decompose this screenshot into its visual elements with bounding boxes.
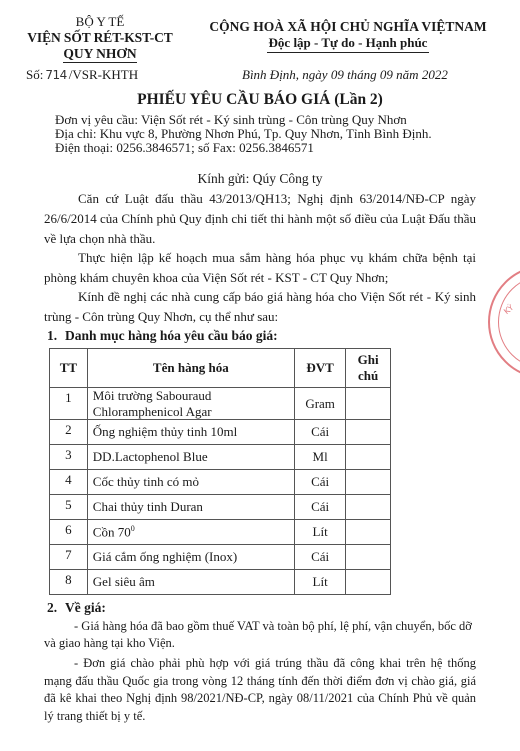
price-condition-2: - Đơn giá chào phải phù hợp với giá trún… [44, 655, 476, 725]
item-unit: Cái [294, 470, 345, 495]
paragraph-text: Kính đề nghị các nhà cung cấp báo giá hà… [44, 289, 476, 324]
item-name-text: Môi trường Sabouraud Chloramphenicol Aga… [93, 388, 212, 419]
number-prefix: Số: [26, 67, 43, 82]
issuing-agency-block: BỘ Y TẾ VIỆN SỐT RÉT-KST-CT QUY NHƠN [20, 14, 180, 63]
col-header-name: Tên hàng hóa [87, 349, 294, 388]
item-note [346, 570, 391, 595]
row-number: 3 [50, 445, 88, 470]
item-name-text: Giá cắm ống nghiệm (Inox) [93, 549, 237, 564]
item-name: Cốc thủy tinh có mỏ [87, 470, 294, 495]
item-note [346, 445, 391, 470]
row-number: 6 [50, 520, 88, 545]
item-name-text: Cồn 70 [93, 525, 131, 540]
col-header-note: Ghi chú [346, 349, 391, 388]
requester-phone-fax: Điện thoại: 0256.3846571; số Fax: 0256.3… [55, 140, 314, 156]
degree-superscript: 0 [131, 524, 135, 533]
item-unit: Lít [294, 570, 345, 595]
row-number: 2 [50, 420, 88, 445]
item-unit: Cái [294, 420, 345, 445]
institute-name: VIỆN SỐT RÉT-KST-CT [20, 30, 180, 46]
legal-basis-paragraph: Căn cứ Luật đấu thầu 43/2013/QH13; Nghị … [44, 189, 476, 249]
purpose-paragraph: Thực hiện lập kế hoạch mua sắm hàng hóa … [44, 248, 476, 288]
handwritten-number: 714 [45, 68, 66, 82]
row-number: 1 [50, 388, 88, 420]
table-row: 1Môi trường Sabouraud Chloramphenicol Ag… [50, 388, 391, 420]
item-unit: Cái [294, 495, 345, 520]
section-title: Về giá: [65, 600, 106, 615]
document-number: Số:714/VSR-KHTH [26, 67, 138, 83]
row-number: 4 [50, 470, 88, 495]
table-header-row: TT Tên hàng hóa ĐVT Ghi chú [50, 349, 391, 388]
item-name: Gel siêu âm [87, 570, 294, 595]
item-name-text: DD.Lactophenol Blue [93, 449, 208, 464]
item-name: Ống nghiệm thủy tinh 10ml [87, 420, 294, 445]
condition-text: - Giá hàng hóa đã bao gồm thuế VAT và to… [44, 619, 472, 650]
request-paragraph: Kính đề nghị các nhà cung cấp báo giá hà… [44, 287, 476, 327]
item-name: DD.Lactophenol Blue [87, 445, 294, 470]
item-note [346, 545, 391, 570]
item-note [346, 520, 391, 545]
price-condition-1: - Giá hàng hóa đã bao gồm thuế VAT và to… [44, 618, 476, 652]
section-number: 2. [47, 600, 65, 616]
section-1-heading: 1.Danh mục hàng hóa yêu cầu báo giá: [47, 328, 278, 344]
item-unit: Cái [294, 545, 345, 570]
row-number: 8 [50, 570, 88, 595]
national-header-block: CỘNG HOÀ XÃ HỘI CHỦ NGHĨA VIỆTNAM Độc lậ… [208, 19, 488, 53]
item-note [346, 388, 391, 420]
condition-text: - Đơn giá chào phải phù hợp với giá trún… [44, 656, 476, 723]
item-note [346, 495, 391, 520]
table-row: 5Chai thủy tinh DuranCái [50, 495, 391, 520]
col-header-tt: TT [50, 349, 88, 388]
item-name-text: Cốc thủy tinh có mỏ [93, 474, 199, 489]
national-motto: Độc lập - Tự do - Hạnh phúc [267, 35, 430, 53]
country-name: CỘNG HOÀ XÃ HỘI CHỦ NGHĨA VIỆTNAM [208, 19, 488, 35]
paragraph-text: Thực hiện lập kế hoạch mua sắm hàng hóa … [44, 250, 476, 285]
table-row: 6Cồn 700Lít [50, 520, 391, 545]
table-row: 4Cốc thủy tinh có mỏCái [50, 470, 391, 495]
item-name: Giá cắm ống nghiệm (Inox) [87, 545, 294, 570]
document-title: PHIẾU YÊU CẦU BÁO GIÁ (Lần 2) [0, 91, 520, 110]
place-date: Bình Định, ngày 09 tháng 09 năm 2022 [242, 67, 448, 83]
table-row: 8Gel siêu âmLít [50, 570, 391, 595]
table-row: 3DD.Lactophenol BlueMl [50, 445, 391, 470]
item-name: Môi trường Sabouraud Chloramphenicol Aga… [87, 388, 294, 420]
item-unit: Ml [294, 445, 345, 470]
item-unit: Lít [294, 520, 345, 545]
paragraph-text: Căn cứ Luật đấu thầu 43/2013/QH13; Nghị … [44, 191, 476, 246]
item-name: Chai thủy tinh Duran [87, 495, 294, 520]
table-row: 2Ống nghiệm thủy tinh 10mlCái [50, 420, 391, 445]
item-name-text: Chai thủy tinh Duran [93, 499, 203, 514]
row-number: 7 [50, 545, 88, 570]
ministry-name: BỘ Y TẾ [20, 14, 180, 30]
number-suffix: /VSR-KHTH [69, 67, 138, 82]
table-row: 7Giá cắm ống nghiệm (Inox)Cái [50, 545, 391, 570]
salutation: Kính gửi: Qúy Công ty [0, 171, 520, 187]
section-title: Danh mục hàng hóa yêu cầu báo giá: [65, 328, 278, 343]
item-note [346, 470, 391, 495]
stamp-text: KÝ [502, 303, 516, 317]
red-seal-stamp-icon: KÝ [488, 265, 520, 379]
item-name: Cồn 700 [87, 520, 294, 545]
item-name-text: Ống nghiệm thủy tinh 10ml [93, 424, 237, 439]
item-unit: Gram [294, 388, 345, 420]
section-2-heading: 2.Về giá: [47, 600, 106, 616]
section-number: 1. [47, 328, 65, 344]
institute-city: QUY NHƠN [63, 46, 136, 63]
item-note [346, 420, 391, 445]
goods-table: TT Tên hàng hóa ĐVT Ghi chú 1Môi trường … [49, 348, 391, 595]
row-number: 5 [50, 495, 88, 520]
col-header-unit: ĐVT [294, 349, 345, 388]
item-name-text: Gel siêu âm [93, 574, 155, 589]
